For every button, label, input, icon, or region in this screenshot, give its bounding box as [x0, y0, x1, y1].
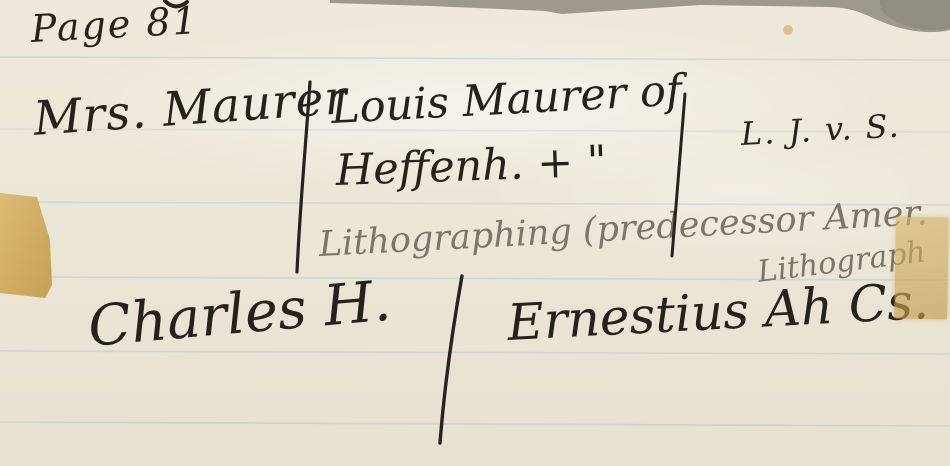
page-number-label: Page 81: [30, 1, 200, 48]
entry-louis-maurer-line2: Heffenh. + ": [335, 141, 607, 193]
entry-initials-ljvs: L. J. v. S.: [740, 110, 901, 150]
scanned-handwritten-note: Page 81 Mrs. Maurer Louis Maurer of Heff…: [0, 0, 950, 466]
tape-right: [894, 217, 949, 320]
rust-stain: [783, 25, 793, 35]
